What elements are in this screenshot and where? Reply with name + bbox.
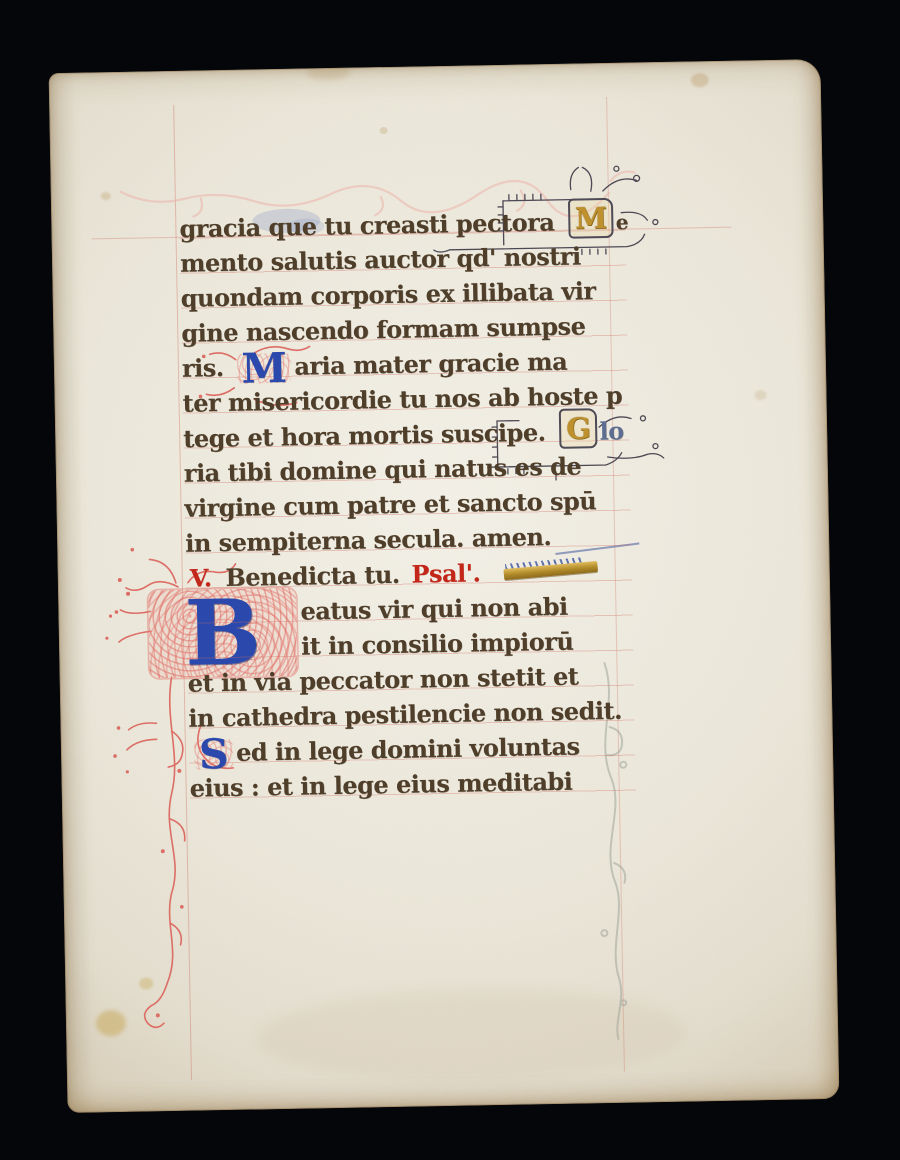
blue-script-text: lo: [599, 416, 624, 445]
parchment-stain: [96, 1010, 126, 1037]
parchment-stain: [139, 977, 153, 989]
script-text: ed in lege domini voluntas: [236, 732, 580, 767]
manuscript-leaf: B gracia que tu creasti pectora Memento …: [49, 59, 840, 1113]
rubric-text: Psal'.: [407, 558, 486, 588]
gold-illuminated-initial: M: [568, 198, 614, 239]
parchment-stain: [691, 73, 709, 87]
parchment-stain: [306, 64, 350, 81]
script-text: in cathedra pestilencie non sedit.: [188, 696, 622, 733]
blue-illuminated-initial: M: [236, 353, 291, 384]
script-text: Benedicta tu.: [225, 560, 400, 592]
script-text: virgine cum patre et sancto spū: [184, 486, 596, 523]
script-text: gine nascendo formam sumpse: [181, 311, 586, 347]
script-text: mento salutis auctor qd' nostri: [180, 241, 581, 277]
gold-line-filler: [504, 561, 599, 580]
gold-illuminated-initial: G: [559, 408, 598, 449]
script-text: aria mater gracie ma: [294, 347, 567, 381]
blue-illuminated-initial: S: [194, 739, 234, 770]
photograph-black-background: { "photo": { "background_color": "#05060…: [0, 0, 900, 1160]
script-text: eatus vir qui non abi: [300, 592, 568, 626]
parchment-stain: [380, 127, 388, 134]
text-block: gracia que tu creasti pectora Memento sa…: [179, 203, 636, 808]
script-text: it in consilio impiorū: [301, 627, 574, 661]
script-text: quondam corporis ex illibata vir: [180, 276, 595, 313]
script-text: gracia que tu creasti pectora: [179, 207, 554, 243]
parchment-stain: [754, 390, 766, 400]
manuscript-text-line: eius : et in lege eius meditabi: [189, 763, 636, 806]
script-text: eius : et in lege eius meditabi: [189, 767, 572, 803]
script-text: ria tibi domine qui natus es de: [184, 451, 582, 487]
script-text: ris.: [182, 353, 224, 383]
rubric-text: V.: [186, 563, 218, 593]
script-text: tege et hora mortis suscipe.: [183, 418, 546, 454]
script-text: et in via peccator non stetit et: [187, 662, 578, 698]
script-text: in sempiterna secula. amen.: [185, 522, 552, 558]
script-text: e: [616, 210, 629, 234]
parchment-stain: [101, 192, 111, 200]
